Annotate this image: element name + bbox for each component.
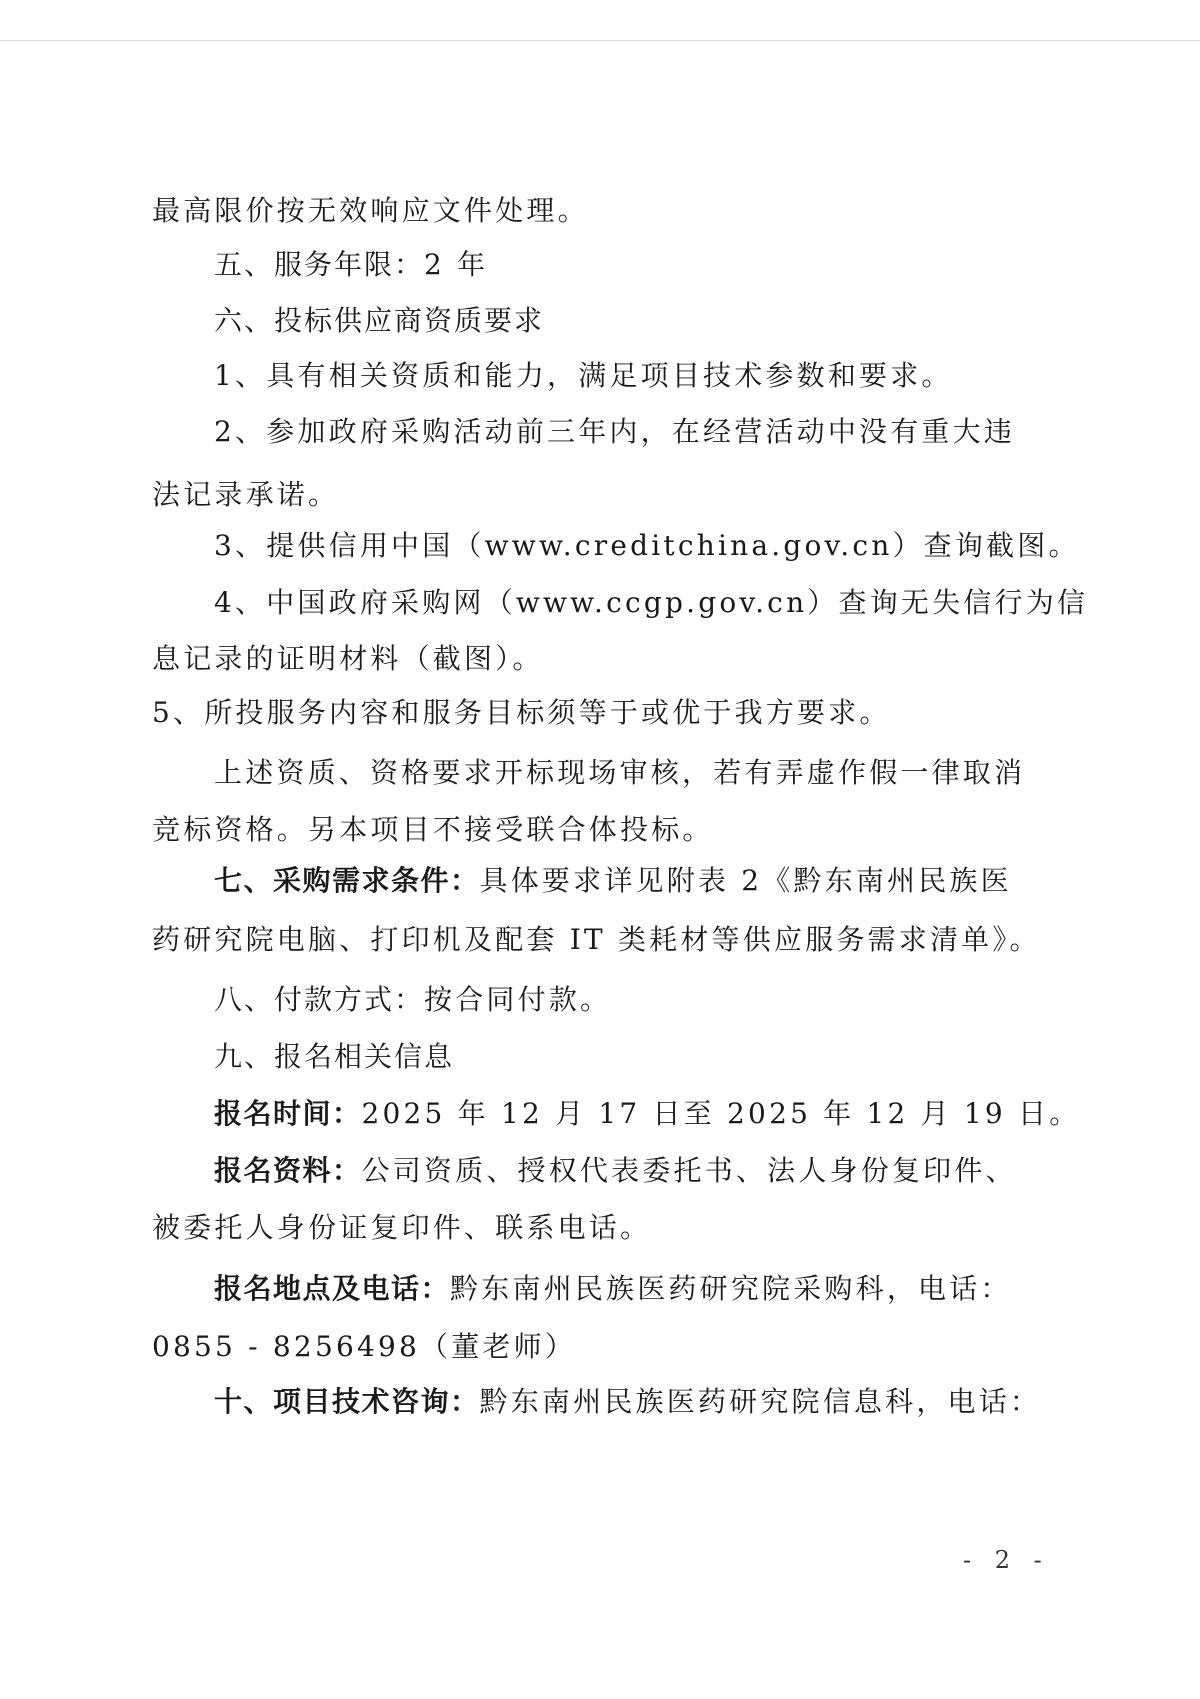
paragraph-audit-note-continued: 竞标资格。另本项目不接受联合体投标。 <box>152 813 714 847</box>
list-item-3: 3、提供信用中国（www.creditchina.gov.cn）查询截图。 <box>214 529 1080 563</box>
section-heading-tech-consult: 十、项目技术咨询：黔东南州民族医药研究院信息科，电话： <box>214 1385 1041 1419</box>
registration-time: 报名时间：2025 年 12 月 17 日至 2025 年 12 月 19 日。 <box>214 1097 1080 1131</box>
list-item-2: 2、参加政府采购活动前三年内，在经营活动中没有重大违 <box>214 415 1015 449</box>
heading-label: 十、项目技术咨询： <box>214 1385 480 1418</box>
heading-label: 九、报名相关信息 <box>214 1040 454 1073</box>
section-heading-service-years: 五、服务年限：2 年 <box>214 248 488 282</box>
heading-label: 报名资料： <box>214 1154 362 1187</box>
section-heading-qualifications: 六、投标供应商资质要求 <box>214 304 544 338</box>
line-text: 2025 年 12 月 17 日至 2025 年 12 月 19 日。 <box>362 1097 1081 1130</box>
line-text: 黔东南州民族医药研究院信息科，电话： <box>480 1385 1042 1418</box>
list-item-2-continued: 法记录承诺。 <box>152 478 339 512</box>
registration-phone-number: 0855 - 8256498（董老师） <box>152 1330 576 1364</box>
registration-materials: 报名资料：公司资质、授权代表委托书、法人身份复印件、 <box>214 1154 1017 1188</box>
registration-materials-continued: 被委托人身份证复印件、联系电话。 <box>152 1211 651 1245</box>
list-item-4: 4、中国政府采购网（www.ccgp.gov.cn）查询无失信行为信 <box>214 586 1088 620</box>
heading-label: 报名地点及电话： <box>214 1272 450 1305</box>
line-text: 竞标资格。另本项目不接受联合体投标。 <box>152 813 714 846</box>
line-text: 0855 - 8256498（董老师） <box>152 1330 576 1363</box>
line-text: 法记录承诺。 <box>152 478 339 511</box>
line-text: 2 年 <box>424 248 488 281</box>
heading-label: 报名时间： <box>214 1097 362 1130</box>
registration-location-phone: 报名地点及电话：黔东南州民族医药研究院采购科，电话： <box>214 1272 1012 1306</box>
page-number: - 2 - <box>963 1546 1050 1574</box>
line-text: 公司资质、授权代表委托书、法人身份复印件、 <box>362 1154 1017 1187</box>
list-item-4-continued: 息记录的证明材料（截图）。 <box>152 642 544 676</box>
line-text: 2、参加政府采购活动前三年内，在经营活动中没有重大违 <box>214 415 1015 448</box>
line-text: 按合同付款。 <box>424 983 611 1016</box>
requirements-continued: 药研究院电脑、打印机及配套 IT 类耗材等供应服务需求清单》。 <box>152 923 1041 957</box>
heading-label: 七、采购需求条件： <box>214 864 480 897</box>
list-item-5: 5、所投服务内容和服务目标须等于或优于我方要求。 <box>152 696 891 730</box>
heading-label: 五、服务年限： <box>214 248 424 281</box>
section-heading-registration: 九、报名相关信息 <box>214 1040 454 1074</box>
paragraph-line: 最高限价按无效响应文件处理。 <box>152 194 589 228</box>
line-text: 具体要求详见附表 2《黔东南州民族医 <box>480 864 1012 897</box>
line-text: 被委托人身份证复印件、联系电话。 <box>152 1211 651 1244</box>
list-item-1: 1、具有相关资质和能力，满足项目技术参数和要求。 <box>214 359 953 393</box>
line-text: 上述资质、资格要求开标现场审核，若有弄虚作假一律取消 <box>214 756 1025 789</box>
heading-label: 八、付款方式： <box>214 983 424 1016</box>
line-text: 5、所投服务内容和服务目标须等于或优于我方要求。 <box>152 696 891 729</box>
paragraph-audit-note: 上述资质、资格要求开标现场审核，若有弄虚作假一律取消 <box>214 756 1025 790</box>
line-text: 3、提供信用中国（www.creditchina.gov.cn）查询截图。 <box>214 529 1080 562</box>
section-heading-payment: 八、付款方式：按合同付款。 <box>214 983 611 1017</box>
line-text: 4、中国政府采购网（www.ccgp.gov.cn）查询无失信行为信 <box>214 586 1088 619</box>
line-text: 药研究院电脑、打印机及配套 IT 类耗材等供应服务需求清单》。 <box>152 923 1041 956</box>
line-text: 黔东南州民族医药研究院采购科，电话： <box>450 1272 1012 1305</box>
line-text: 最高限价按无效响应文件处理。 <box>152 194 589 227</box>
heading-label: 六、投标供应商资质要求 <box>214 304 544 337</box>
line-text: 1、具有相关资质和能力，满足项目技术参数和要求。 <box>214 359 953 392</box>
document-page: 最高限价按无效响应文件处理。 五、服务年限：2 年 六、投标供应商资质要求 1、… <box>0 0 1200 1699</box>
section-heading-requirements: 七、采购需求条件：具体要求详见附表 2《黔东南州民族医 <box>214 864 1012 898</box>
line-text: 息记录的证明材料（截图）。 <box>152 642 544 675</box>
